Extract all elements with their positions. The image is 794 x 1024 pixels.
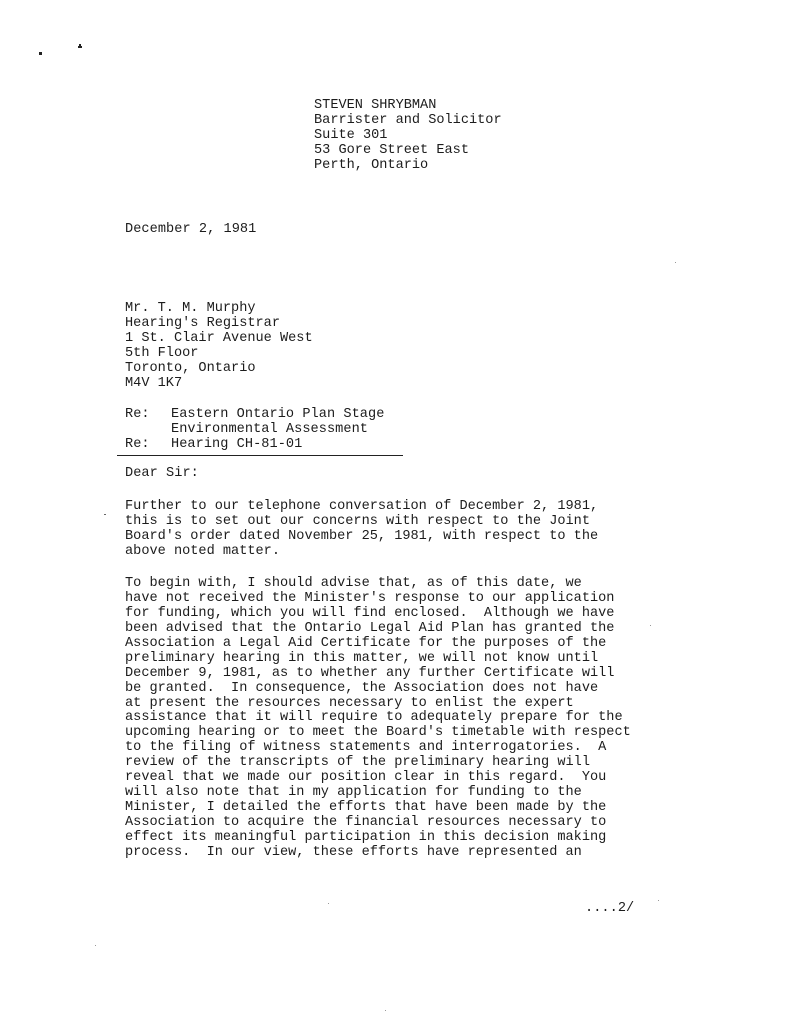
paragraph-line: reveal that we made our position clear i… <box>125 771 631 786</box>
scan-speck <box>39 52 42 55</box>
paragraph-line: process. In our view, these efforts have… <box>125 846 631 861</box>
letterhead-street: 53 Gore Street East <box>314 143 502 158</box>
page-continuation-marker: ....2/ <box>585 901 634 916</box>
recipient-line: Hearing's Registrar <box>125 316 313 331</box>
recipient-line: M4V 1K7 <box>125 376 313 391</box>
paragraph-line: for funding, which you will find enclose… <box>125 607 631 622</box>
paragraph-line: upcoming hearing or to meet the Board's … <box>125 726 631 741</box>
subject-line-1: Eastern Ontario Plan Stage <box>171 407 384 422</box>
scan-speck <box>658 900 659 901</box>
scan-speck <box>675 262 676 263</box>
paragraph-line: Association to acquire the financial res… <box>125 816 631 831</box>
paragraph-line: Board's order dated November 25, 1981, w… <box>125 530 598 545</box>
scan-speck <box>104 514 106 515</box>
paragraph-line: have not received the Minister's respons… <box>125 592 631 607</box>
paragraph-line: effect its meaningful participation in t… <box>125 831 631 846</box>
subject-re-label: Re: <box>125 407 150 422</box>
paragraph-line: Minister, I detailed the efforts that ha… <box>125 801 631 816</box>
letter-date: December 2, 1981 <box>125 222 256 237</box>
letterhead-name: STEVEN SHRYBMAN <box>314 98 502 113</box>
scan-speck <box>79 44 81 46</box>
paragraph-line: been advised that the Ontario Legal Aid … <box>125 622 631 637</box>
paragraph-line: Further to our telephone conversation of… <box>125 500 598 515</box>
recipient-address: Mr. T. M. Murphy Hearing's Registrar 1 S… <box>125 301 313 391</box>
paragraph-line: will also note that in my application fo… <box>125 786 631 801</box>
paragraph-line: at present the resources necessary to en… <box>125 697 631 712</box>
subject-re-label-2: Re: <box>125 437 150 452</box>
letterhead: STEVEN SHRYBMAN Barrister and Solicitor … <box>314 98 502 173</box>
paragraph-line: to the filing of witness statements and … <box>125 741 631 756</box>
letter-page: STEVEN SHRYBMAN Barrister and Solicitor … <box>0 0 794 1024</box>
scan-speck <box>78 46 82 48</box>
paragraph-line: To begin with, I should advise that, as … <box>125 577 631 592</box>
paragraph-line: December 9, 1981, as to whether any furt… <box>125 667 631 682</box>
scan-speck <box>328 903 329 904</box>
paragraph-line: above noted matter. <box>125 545 598 560</box>
paragraph-line: preliminary hearing in this matter, we w… <box>125 652 631 667</box>
paragraph-line: this is to set out our concerns with res… <box>125 515 598 530</box>
paragraph-line: review of the transcripts of the prelimi… <box>125 756 631 771</box>
paragraph-line: assistance that it will require to adequ… <box>125 711 631 726</box>
subject-underline <box>117 455 403 456</box>
salutation: Dear Sir: <box>125 466 199 481</box>
scan-speck <box>385 1010 386 1011</box>
subject-line-3: Hearing CH-81-01 <box>171 437 302 452</box>
recipient-line: 1 St. Clair Avenue West <box>125 331 313 346</box>
paragraph-line: Association a Legal Aid Certificate for … <box>125 637 631 652</box>
scan-speck <box>650 625 651 626</box>
letterhead-city: Perth, Ontario <box>314 158 502 173</box>
body-paragraph-2: To begin with, I should advise that, as … <box>125 577 631 861</box>
recipient-line: Toronto, Ontario <box>125 361 313 376</box>
body-paragraph-1: Further to our telephone conversation of… <box>125 500 598 560</box>
letterhead-title: Barrister and Solicitor <box>314 113 502 128</box>
scan-speck <box>95 945 96 946</box>
subject-line-2: Environmental Assessment <box>171 422 368 437</box>
paragraph-line: be granted. In consequence, the Associat… <box>125 682 631 697</box>
recipient-line: Mr. T. M. Murphy <box>125 301 313 316</box>
letterhead-suite: Suite 301 <box>314 128 502 143</box>
recipient-line: 5th Floor <box>125 346 313 361</box>
